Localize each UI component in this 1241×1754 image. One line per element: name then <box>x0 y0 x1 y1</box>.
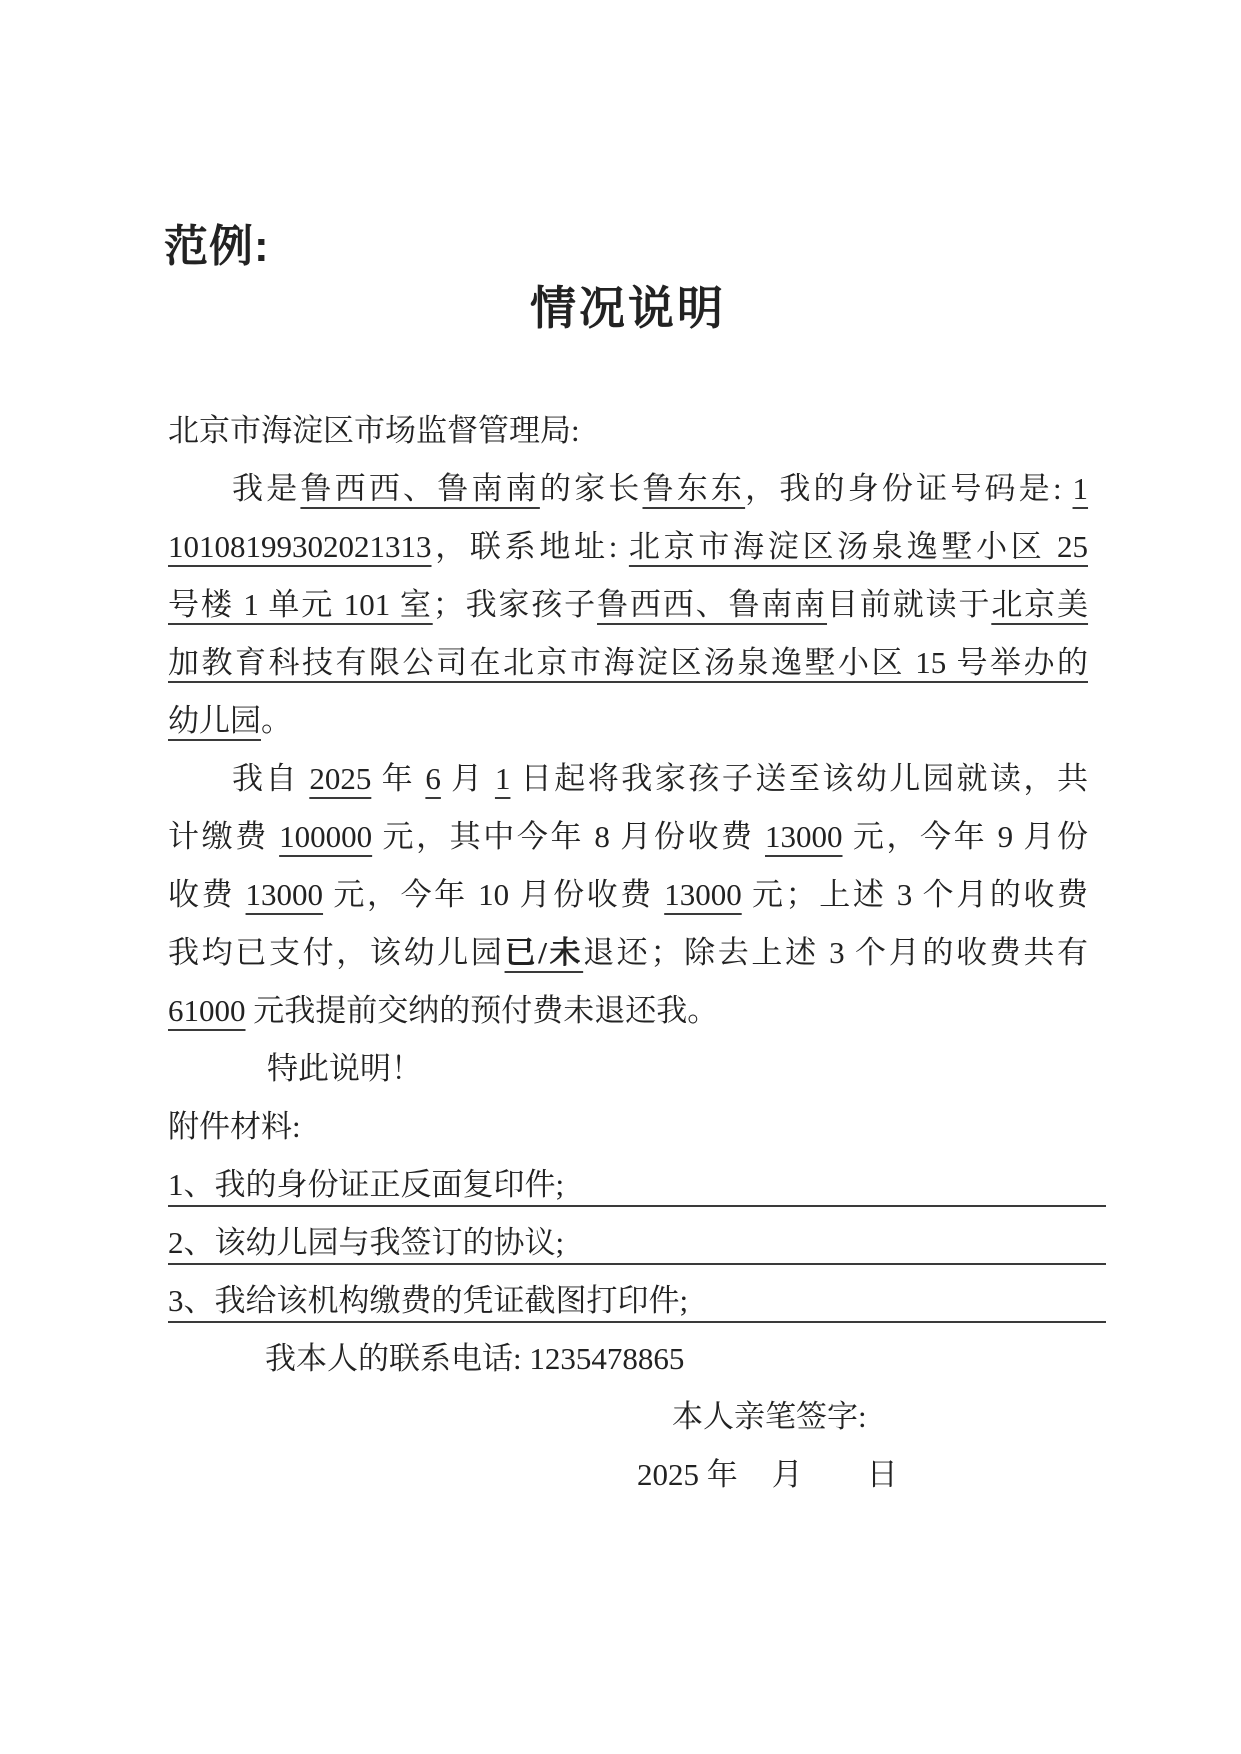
date-line-text: 日 <box>867 1457 898 1492</box>
attachment-item-1: 1、我的身份证正反面复印件; <box>168 1156 1088 1214</box>
date-line-text: 2025 年 <box>637 1457 738 1492</box>
para1-line2-text: 北京市海淀区汤泉逸墅小区 25 <box>629 529 1088 564</box>
attachments-header-text: 附件材料: <box>168 1109 301 1144</box>
para2-line4-text: 已/未 <box>505 935 584 970</box>
para2-line5-text: 元我提前交纳的预付费未退还我。 <box>246 993 719 1028</box>
para2-line1-text: 月 <box>441 761 495 796</box>
phone-line: 我本人的联系电话: 1235478865 <box>168 1330 1088 1388</box>
attachment-item-2: 2、该幼儿园与我签订的协议; <box>168 1214 1088 1272</box>
para2-line2-text: 计缴费 <box>168 819 279 854</box>
para2-line1-text: 2025 <box>309 761 371 796</box>
para2-line2-text: 元，今年 9 月份 <box>843 819 1089 854</box>
para1-line2-text: ，联系地址: <box>432 529 629 564</box>
para2-line3-text: 收费 <box>168 877 246 912</box>
para2-line4: 我均已支付，该幼儿园已/未退还；除去上述 3 个月的收费共有 <box>168 924 1088 982</box>
attachments-header: 附件材料: <box>168 1098 1088 1156</box>
para2-line1: 我自 2025 年 6 月 1 日起将我家孩子送至该幼儿园就读，共 <box>168 750 1088 808</box>
attachment-item-3: 3、我给该机构缴费的凭证截图打印件; <box>168 1272 1088 1330</box>
para1-line3-text: ；我家孩子 <box>433 587 597 622</box>
para1-line5: 幼儿园。 <box>168 692 1088 750</box>
closing-statement-text: 特此说明！ <box>267 1051 422 1086</box>
para2-line4-text: 退还；除去上述 3 个月的收费共有 <box>583 935 1088 970</box>
page-title: 情况说明 <box>168 272 1088 338</box>
closing-statement: 特此说明！ <box>168 1040 1088 1098</box>
example-label: 范例: <box>164 210 270 274</box>
para1-line2: 10108199302021313，联系地址: 北京市海淀区汤泉逸墅小区 25 <box>168 518 1088 576</box>
phone-line-text: 我本人的联系电话: 1235478865 <box>265 1341 684 1376</box>
para1-line1-text: 1 <box>1073 471 1089 506</box>
date-line: 2025 年月日 <box>168 1446 1088 1504</box>
para1-line2-text: 10108199302021313 <box>168 529 432 564</box>
para1-line4: 加教育科技有限公司在北京市海淀区汤泉逸墅小区 15 号举办的 <box>168 634 1088 692</box>
para2-line3-text: 13000 <box>246 877 324 912</box>
para2-line3-text: 元，今年 10 月份收费 <box>323 877 664 912</box>
date-line-text: 月 <box>772 1457 803 1492</box>
para1-line3: 号楼 1 单元 101 室；我家孩子鲁西西、鲁南南目前就读于北京美 <box>168 576 1088 634</box>
para2-line2-text: 13000 <box>765 819 843 854</box>
document-page: 范例: 情况说明 北京市海淀区市场监督管理局:我是鲁西西、鲁南南的家长鲁东东，我… <box>0 0 1241 1754</box>
para2-line3: 收费 13000 元，今年 10 月份收费 13000 元；上述 3 个月的收费 <box>168 866 1088 924</box>
para2-line5-text: 61000 <box>168 993 246 1028</box>
para1-line5-text: 。 <box>261 703 292 738</box>
para1-line1-text: 鲁西西、鲁南南 <box>300 471 539 506</box>
signature-line-text: 本人亲笔签字: <box>672 1399 867 1434</box>
signature-line: 本人亲笔签字: <box>168 1388 1088 1446</box>
para1-line3-text: 目前就读于 <box>827 587 991 622</box>
para1-line1: 我是鲁西西、鲁南南的家长鲁东东，我的身份证号码是: 1 <box>168 460 1088 518</box>
para2-line3-text: 元；上述 3 个月的收费 <box>742 877 1088 912</box>
para2-line4-text: 我均已支付，该幼儿园 <box>168 935 505 970</box>
para1-line1-text: ，我的身份证号码是: <box>745 471 1072 506</box>
para1-line4-text: 加教育科技有限公司在北京市海淀区汤泉逸墅小区 15 号举办的 <box>168 645 1088 680</box>
attachment-item-3-text: 3、我给该机构缴费的凭证截图打印件; <box>168 1283 688 1318</box>
para1-line3-text: 号楼 1 单元 101 室 <box>168 587 433 622</box>
para2-line5: 61000 元我提前交纳的预付费未退还我。 <box>168 982 1088 1040</box>
para2-line1-text: 1 <box>495 761 511 796</box>
para1-line1-text: 鲁东东 <box>642 471 745 506</box>
para2-line2-text: 100000 <box>279 819 372 854</box>
para1-line3-text: 鲁西西、鲁南南 <box>597 587 827 622</box>
para2-line1-text: 年 <box>371 761 425 796</box>
para1-line5-text: 幼儿园 <box>168 703 261 738</box>
recipient-line-text: 北京市海淀区市场监督管理局: <box>168 413 580 448</box>
para1-line1-text: 我是 <box>232 471 300 506</box>
para1-line3-text: 北京美 <box>991 587 1088 622</box>
para2-line2: 计缴费 100000 元，其中今年 8 月份收费 13000 元，今年 9 月份 <box>168 808 1088 866</box>
recipient-line: 北京市海淀区市场监督管理局: <box>168 402 1088 460</box>
para2-line2-text: 元，其中今年 8 月份收费 <box>372 819 765 854</box>
para1-line1-text: 的家长 <box>540 471 643 506</box>
attachment-item-1-text: 1、我的身份证正反面复印件; <box>168 1167 564 1202</box>
para2-line3-text: 13000 <box>664 877 742 912</box>
document-body: 北京市海淀区市场监督管理局:我是鲁西西、鲁南南的家长鲁东东，我的身份证号码是: … <box>168 402 1088 1504</box>
para2-line1-text: 日起将我家孩子送至该幼儿园就读，共 <box>510 761 1088 796</box>
para2-line1-text: 6 <box>425 761 441 796</box>
attachment-item-2-text: 2、该幼儿园与我签订的协议; <box>168 1225 564 1260</box>
para2-line1-text: 我自 <box>232 761 309 796</box>
